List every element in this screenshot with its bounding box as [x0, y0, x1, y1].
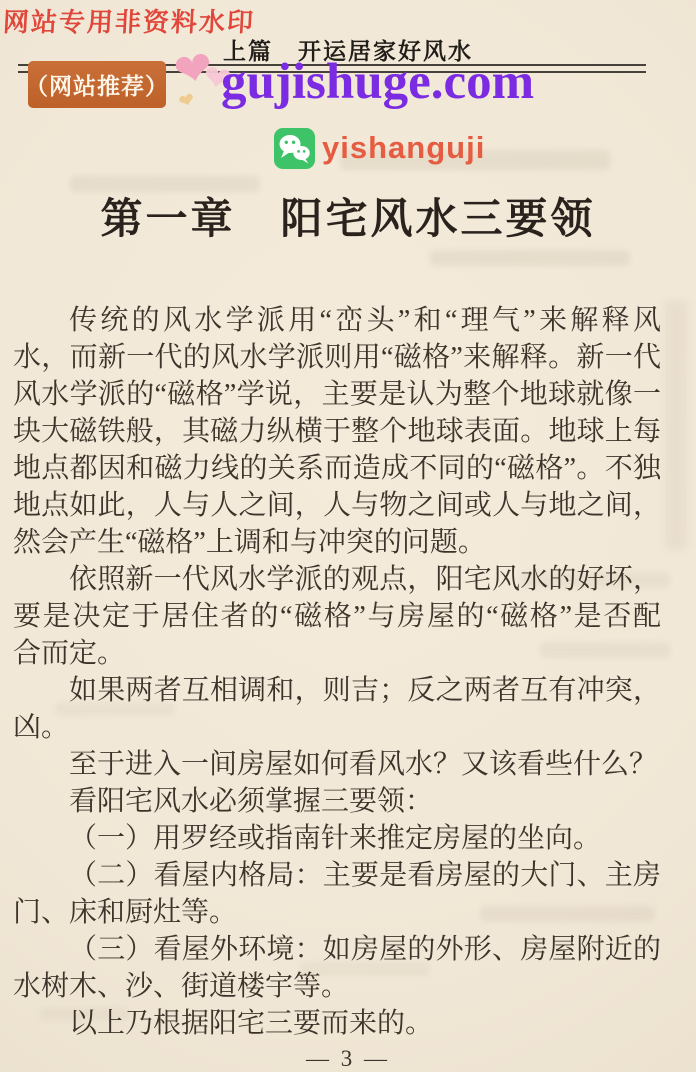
promo-badge: （网站推荐） — [28, 61, 166, 108]
bleedthrough-texture — [664, 300, 688, 550]
body-text-line: 水，而新一代的风水学派则用“磁格”来解释。新一代 — [13, 339, 661, 376]
body-text-line: 依照新一代风水学派的观点，阳宅风水的好坏，主 — [13, 561, 661, 598]
body-text: 传统的风水学派用“峦头”和“理气”来解释风水，而新一代的风水学派则用“磁格”来解… — [13, 302, 661, 1042]
body-text-line: 看阳宅风水必须掌握三要领： — [13, 783, 661, 820]
body-text-line: 然会产生“磁格”上调和与冲突的问题。 — [13, 524, 661, 561]
scanned-book-page: 网站专用非资料水印 上篇 开运居家好风水 （网站推荐） ❤ ❤ ❤ gujish… — [0, 0, 696, 1072]
page-number: — 3 — — [0, 1046, 696, 1072]
body-text-line: 水树木、沙、街道楼宇等。 — [13, 968, 661, 1005]
body-text-line: （三）看屋外环境：如房屋的外形、房屋附近的山 — [13, 931, 661, 968]
wechat-id-watermark: yishanguji — [322, 130, 485, 166]
body-text-line: 门、床和厨灶等。 — [13, 894, 661, 931]
body-text-line: 合而定。 — [13, 635, 661, 672]
heart-icon: ❤ — [176, 90, 197, 113]
body-text-line: 地点都因和磁力线的关系而造成不同的“磁格”。不独 — [13, 450, 661, 487]
body-text-line: 以上乃根据阳宅三要而来的。 — [13, 1005, 661, 1042]
body-text-line: 至于进入一间房屋如何看风水？又该看些什么？ — [13, 746, 661, 783]
body-text-line: 要是决定于居住者的“磁格”与房屋的“磁格”是否配 — [13, 598, 661, 635]
body-text-line: 块大磁铁般，其磁力纵横于整个地球表面。地球上每个 — [13, 413, 661, 450]
body-text-line: 如果两者互相调和，则吉；反之两者互有冲突，则 — [13, 672, 661, 709]
body-text-line: 风水学派的“磁格”学说，主要是认为整个地球就像一 — [13, 376, 661, 413]
body-text-line: 地点如此，人与人之间，人与物之间或人与地之间，自 — [13, 487, 661, 524]
body-text-line: （二）看屋内格局：主要是看房屋的大门、主房的 — [13, 857, 661, 894]
site-watermark: gujishuge.com — [221, 53, 534, 111]
body-text-line: 凶。 — [13, 709, 661, 746]
chapter-title: 第一章 阳宅风水三要领 — [0, 186, 696, 246]
bleedthrough-texture — [430, 250, 630, 266]
wechat-icon — [274, 128, 315, 169]
body-text-line: （一）用罗经或指南针来推定房屋的坐向。 — [13, 820, 661, 857]
body-text-line: 传统的风水学派用“峦头”和“理气”来解释风 — [13, 302, 661, 339]
